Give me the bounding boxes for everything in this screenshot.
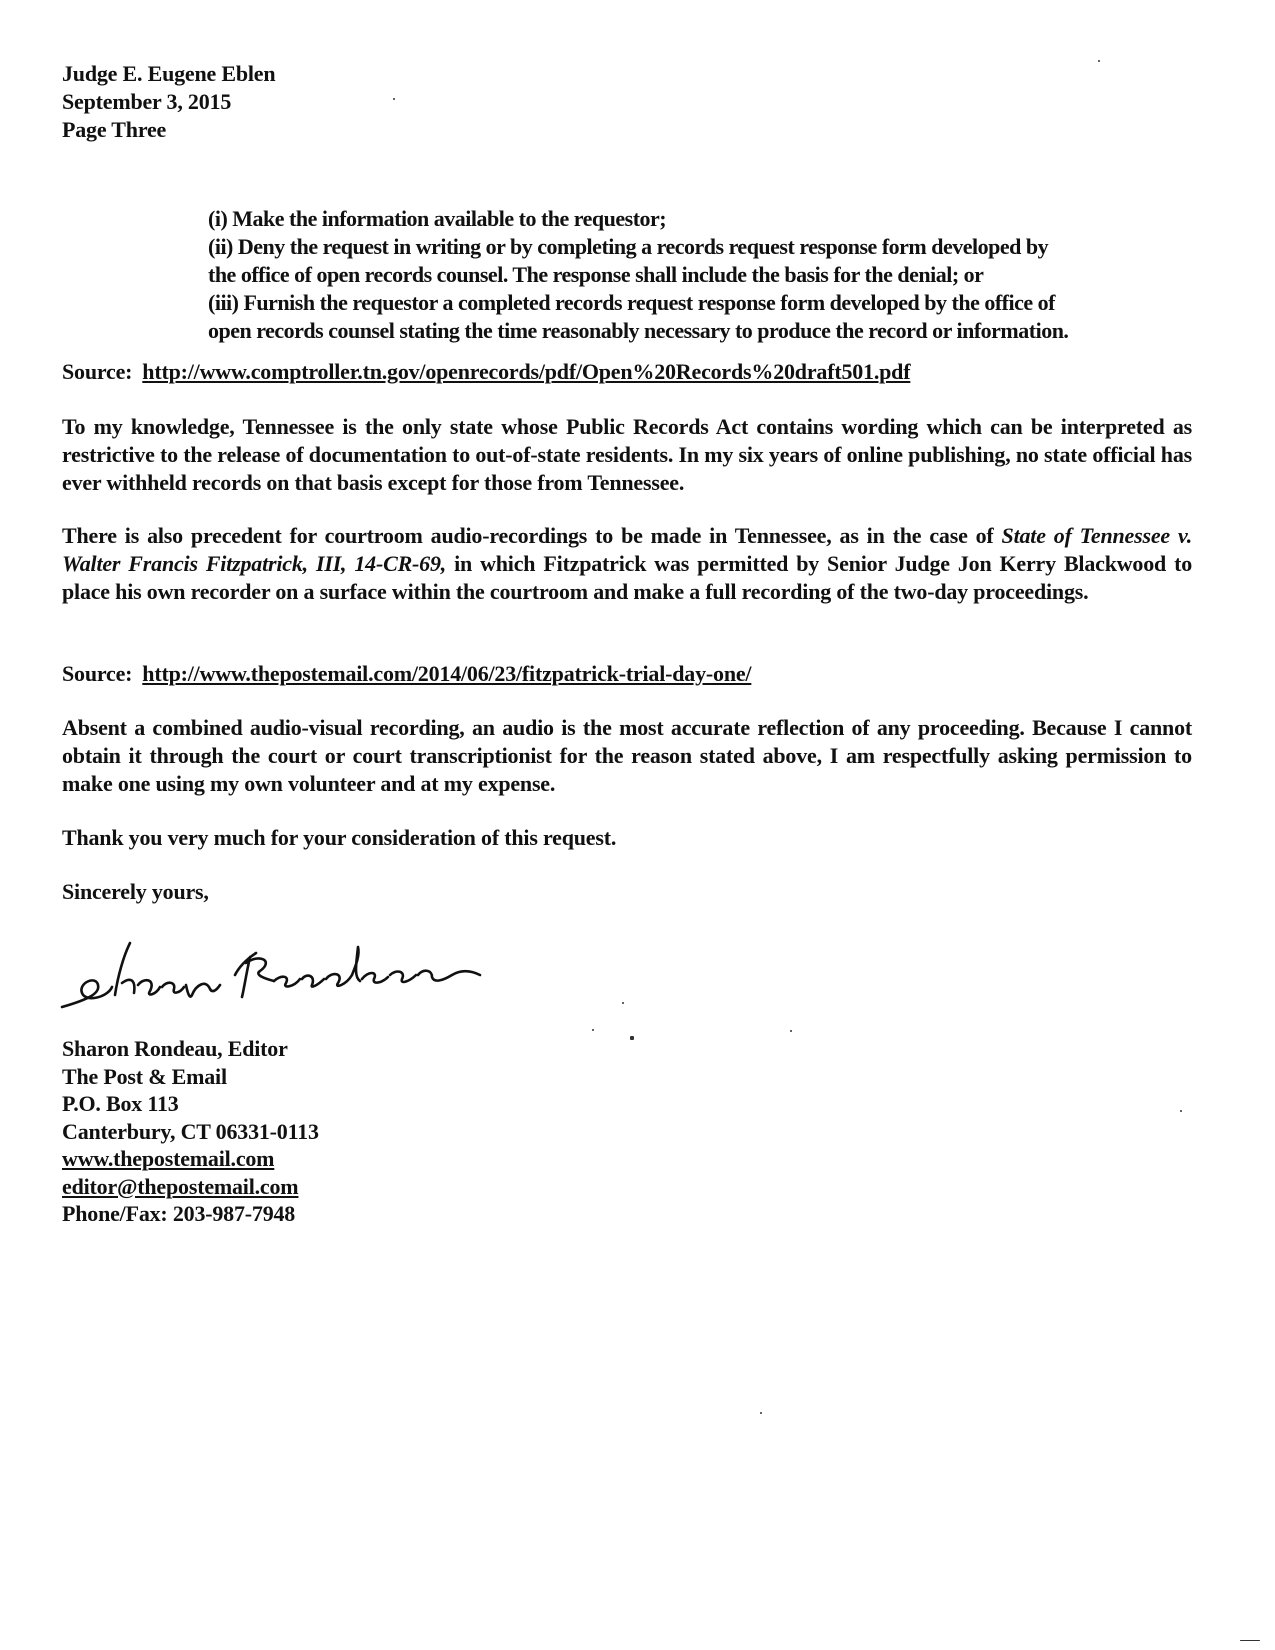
scan-speck — [630, 1036, 634, 1040]
sender-phone-fax: Phone/Fax: 203-987-7948 — [62, 1200, 319, 1228]
letter-header: Judge E. Eugene Eblen September 3, 2015 … — [62, 60, 275, 144]
letter-date: September 3, 2015 — [62, 88, 275, 116]
sender-organization: The Post & Email — [62, 1063, 319, 1091]
scan-speck — [622, 1002, 624, 1004]
source-link-postemail[interactable]: http://www.thepostemail.com/2014/06/23/f… — [142, 661, 751, 686]
thank-you-line: Thank you very much for your considerati… — [62, 824, 616, 852]
signature-block: Sharon Rondeau, Editor The Post & Email … — [62, 1035, 319, 1228]
source-citation-2: Source:http://www.thepostemail.com/2014/… — [62, 660, 751, 688]
scan-speck — [393, 98, 395, 100]
list-item: the office of open records counsel. The … — [208, 261, 1168, 289]
quoted-statute-list: (i) Make the information available to th… — [208, 205, 1168, 345]
paragraph-tennessee-restriction: To my knowledge, Tennessee is the only s… — [62, 413, 1192, 497]
list-item: (iii) Furnish the requestor a completed … — [208, 289, 1168, 317]
scan-speck — [1240, 1640, 1260, 1641]
scan-speck — [592, 1029, 594, 1031]
source-link-comptroller[interactable]: http://www.comptroller.tn.gov/openrecord… — [142, 359, 910, 384]
sender-name-title: Sharon Rondeau, Editor — [62, 1035, 319, 1063]
page-label: Page Three — [62, 116, 275, 144]
sender-po-box: P.O. Box 113 — [62, 1090, 319, 1118]
recipient-name: Judge E. Eugene Eblen — [62, 60, 275, 88]
scan-speck — [1098, 60, 1100, 62]
website-link[interactable]: www.thepostemail.com — [62, 1146, 274, 1171]
scan-speck — [790, 1030, 792, 1032]
email-link[interactable]: editor@thepostemail.com — [62, 1174, 298, 1199]
list-item: (i) Make the information available to th… — [208, 205, 1168, 233]
source-label: Source: — [62, 359, 132, 384]
paragraph-precedent: There is also precedent for courtroom au… — [62, 522, 1192, 606]
letter-page: Judge E. Eugene Eblen September 3, 2015 … — [0, 0, 1275, 1650]
scan-speck — [1180, 1110, 1182, 1112]
scan-speck — [760, 1412, 762, 1414]
source-citation-1: Source:http://www.comptroller.tn.gov/ope… — [62, 358, 910, 386]
paragraph-request: Absent a combined audio-visual recording… — [62, 714, 1192, 798]
sender-city-state-zip: Canterbury, CT 06331-0113 — [62, 1118, 319, 1146]
list-item: open records counsel stating the time re… — [208, 317, 1168, 345]
list-item: (ii) Deny the request in writing or by c… — [208, 233, 1168, 261]
handwritten-signature — [60, 935, 520, 1025]
source-label: Source: — [62, 661, 132, 686]
closing-salutation: Sincerely yours, — [62, 878, 209, 906]
